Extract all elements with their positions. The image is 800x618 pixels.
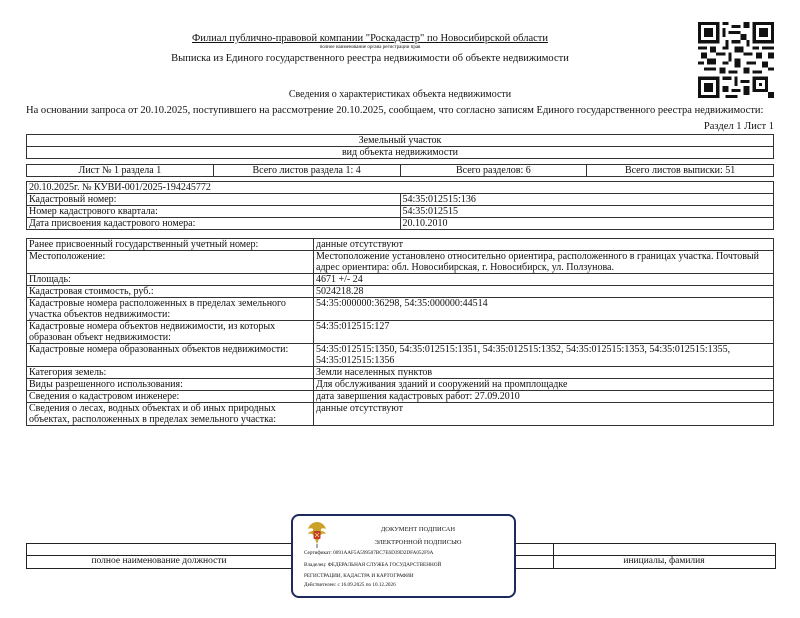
table-row: Площадь:4671 +/- 24 xyxy=(27,274,774,286)
object-type-table: Земельный участок вид объекта недвижимос… xyxy=(26,134,774,159)
stamp-certificate: Сертификат: 0091AAF5A599507BC7E6D39D2DFA… xyxy=(304,550,433,556)
stamp-validity: Действителен: с 16.09.2025 по 10.12.2026 xyxy=(304,582,396,588)
area-value: 4671 +/- 24 xyxy=(314,274,774,286)
sheet-info-table: Лист № 1 раздела 1 Всего листов раздела … xyxy=(26,164,774,177)
table-row: Ранее присвоенный государственный учетны… xyxy=(27,239,774,251)
table-row: Дата присвоения кадастрового номера:20.1… xyxy=(27,218,774,230)
location-value: Местоположение установлено относительно … xyxy=(314,251,774,274)
table-row: Категория земель:Земли населенных пункто… xyxy=(27,367,774,379)
permitted-use: Для обслуживания зданий и сооружений на … xyxy=(314,379,774,391)
stamp-line2: ЭЛЕКТРОННОЙ ПОДПИСЬЮ xyxy=(333,539,503,546)
e-signature-stamp: ДОКУМЕНТ ПОДПИСАН ЭЛЕКТРОННОЙ ПОДПИСЬЮ С… xyxy=(291,514,516,598)
sheet-reference: Раздел 1 Лист 1 xyxy=(704,121,774,132)
sheet-number: Лист № 1 раздела 1 xyxy=(27,165,214,177)
table-row: Местоположение:Местоположение установлен… xyxy=(27,251,774,274)
table-row: Кадастровый номер:54:35:012515:136 xyxy=(27,194,774,206)
intro-text: На основании запроса от 20.10.2025, пост… xyxy=(26,105,763,116)
name-caption: инициалы, фамилия xyxy=(553,556,775,566)
table-row: Сведения о лесах, водных объектах и об и… xyxy=(27,403,774,426)
section-sheets-total: Всего листов раздела 1: 4 xyxy=(213,165,400,177)
section-subtitle: Сведения о характеристиках объекта недви… xyxy=(0,89,800,100)
cadastral-number: 54:35:012515:136 xyxy=(400,194,774,206)
position-caption: полное наименование должности xyxy=(27,556,291,566)
stamp-line1: ДОКУМЕНТ ПОДПИСАН xyxy=(333,526,503,533)
sections-total: Всего разделов: 6 xyxy=(400,165,587,177)
cadastral-basic-table: 20.10.2025г. № КУВИ-001/2025-194245772 К… xyxy=(26,181,774,230)
table-row: Кадастровые номера образованных объектов… xyxy=(27,344,774,367)
stamp-owner-line1: Владелец: ФЕДЕРАЛЬНАЯ СЛУЖБА ГОСУДАРСТВЕ… xyxy=(304,562,441,568)
assignment-date: 20.10.2010 xyxy=(400,218,774,230)
table-row: Виды разрешенного использования:Для обсл… xyxy=(27,379,774,391)
organization-caption: полное наименование органа регистрации п… xyxy=(0,45,740,50)
table-row: Кадастровые номера объектов недвижимости… xyxy=(27,321,774,344)
characteristics-table: Ранее присвоенный государственный учетны… xyxy=(26,238,774,426)
coat-of-arms-icon xyxy=(305,520,329,550)
land-category: Земли населенных пунктов xyxy=(314,367,774,379)
cadastral-quarter: 54:35:012515 xyxy=(400,206,774,218)
cadastral-value: 5024218.28 xyxy=(314,286,774,298)
object-type: Земельный участок xyxy=(27,135,774,147)
extract-sheets-total: Всего листов выписки: 51 xyxy=(587,165,774,177)
table-row: Кадастровая стоимость, руб.:5024218.28 xyxy=(27,286,774,298)
organization-name: Филиал публично-правовой компании "Роска… xyxy=(0,33,740,44)
qr-code-icon xyxy=(698,22,774,98)
object-type-caption: вид объекта недвижимости xyxy=(27,147,774,159)
document-title: Выписка из Единого государственного реес… xyxy=(0,53,740,64)
table-row: Кадастровые номера расположенных в преде… xyxy=(27,298,774,321)
stamp-owner-line2: РЕГИСТРАЦИИ, КАДАСТРА И КАРТОГРАФИИ xyxy=(304,573,414,579)
request-reference: 20.10.2025г. № КУВИ-001/2025-194245772 xyxy=(27,182,774,194)
table-row: Сведения о кадастровом инженере:дата зав… xyxy=(27,391,774,403)
table-row: Номер кадастрового квартала:54:35:012515 xyxy=(27,206,774,218)
